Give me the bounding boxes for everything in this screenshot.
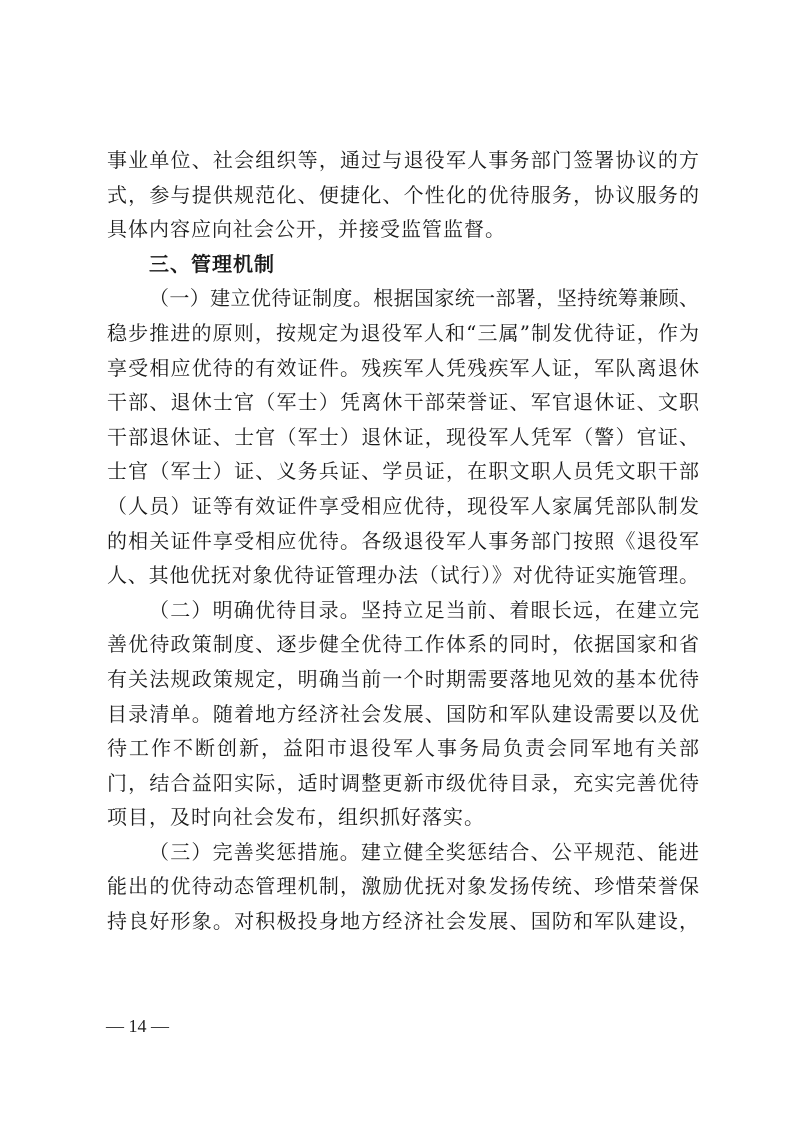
text-line: 干部、退休士官（军士）凭离休干部荣誉证、军官退休证、文职 xyxy=(107,385,699,420)
text-line: 善优待政策制度、逐步健全优待工作体系的同时，依据国家和省 xyxy=(107,627,699,662)
paragraph-start-line: （三）完善奖惩措施。建立健全奖惩结合、公平规范、能进 xyxy=(107,835,699,870)
text-line: （人员）证等有效证件享受相应优待，现役军人家属凭部队制发 xyxy=(107,489,699,524)
text-line: 士官（军士）证、义务兵证、学员证，在职文职人员凭文职干部 xyxy=(107,454,699,489)
body-text: 事业单位、社会组织等，通过与退役军人事务部门签署协议的方 式，参与提供规范化、便… xyxy=(107,143,699,939)
text-line: 具体内容应向社会公开，并接受监管监督。 xyxy=(107,212,699,247)
text-line: 人、其他优抚对象优待证管理办法（试行）》对优待证实施管理。 xyxy=(107,558,699,593)
paragraph-start-line: （二）明确优待目录。坚持立足当前、着眼长远，在建立完 xyxy=(107,593,699,628)
text-line: 门，结合益阳实际，适时调整更新市级优待目录，充实完善优待 xyxy=(107,766,699,801)
text-line: 有关法规政策规定，明确当前一个时期需要落地见效的基本优待 xyxy=(107,662,699,697)
text-line: 干部退休证、士官（军士）退休证，现役军人凭军（警）官证、 xyxy=(107,420,699,455)
document-page: 事业单位、社会组织等，通过与退役军人事务部门签署协议的方 式，参与提供规范化、便… xyxy=(0,0,800,1131)
text-line: 目录清单。随着地方经济社会发展、国防和军队建设需要以及优 xyxy=(107,697,699,732)
text-line: 式，参与提供规范化、便捷化、个性化的优待服务，协议服务的 xyxy=(107,178,699,213)
section-heading: 三、管理机制 xyxy=(107,247,699,282)
text-line: 稳步推进的原则，按规定为退役军人和“三属”制发优待证，作为 xyxy=(107,316,699,351)
text-line: 的相关证件享受相应优待。各级退役军人事务部门按照《退役军 xyxy=(107,524,699,559)
text-line: 能出的优待动态管理机制，激励优抚对象发扬传统、珍惜荣誉保 xyxy=(107,869,699,904)
text-line: 持良好形象。对积极投身地方经济社会发展、国防和军队建设， xyxy=(107,904,699,939)
page-number: — 14 — xyxy=(106,1016,169,1037)
text-line: 待工作不断创新，益阳市退役军人事务局负责会同军地有关部 xyxy=(107,731,699,766)
text-line: 享受相应优待的有效证件。残疾军人凭残疾军人证，军队离退休 xyxy=(107,351,699,386)
paragraph-start-line: （一）建立优待证制度。根据国家统一部署，坚持统筹兼顾、 xyxy=(107,281,699,316)
text-line: 项目，及时向社会发布，组织抓好落实。 xyxy=(107,800,699,835)
text-line: 事业单位、社会组织等，通过与退役军人事务部门签署协议的方 xyxy=(107,143,699,178)
